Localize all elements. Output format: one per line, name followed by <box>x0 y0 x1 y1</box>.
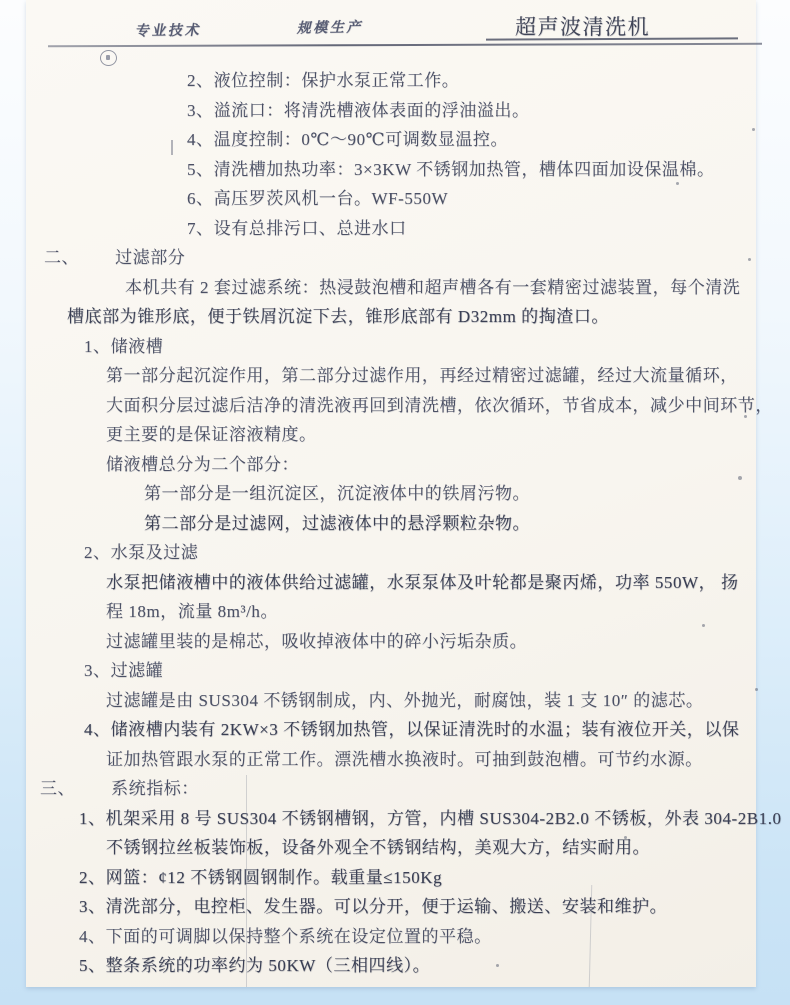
list-item: 不锈钢拉丝板装饰板，设备外观全不锈钢结构，美观大方，结实耐用。 <box>26 833 756 863</box>
page-title: 超声波清洗机 <box>515 11 650 41</box>
circle-stamp-icon <box>100 50 117 66</box>
paragraph-line: 第一部分是一组沉淀区，沉淀液体中的铁屑污物。 <box>26 479 756 509</box>
section-number: 三、 <box>40 779 75 798</box>
paragraph-line: 第一部分起沉淀作用，第二部分过滤作用，再经过精密过滤罐，经过大流量循环， <box>26 361 756 391</box>
list-item: 6、高压罗茨风机一台。WF-550W <box>26 184 756 214</box>
ink-speck <box>676 182 679 185</box>
header-rule <box>48 43 762 47</box>
ink-speck <box>624 836 627 839</box>
list-item: 3、溢流口：将清洗槽液体表面的浮油溢出。 <box>26 96 756 126</box>
header-tagline-center: 规模生产 <box>296 16 367 37</box>
document-paper: 专业技术 规模生产 超声波清洗机 2、液位控制：保护水泵正常工作。 3、溢流口：… <box>26 0 756 987</box>
ink-speck <box>748 258 751 261</box>
ink-speck <box>702 624 705 627</box>
list-item: 1、机架采用 8 号 SUS304 不锈钢槽钢，方管，内槽 SUS304-2B2… <box>26 804 756 834</box>
subsection-title: 1、储液槽 <box>26 332 756 362</box>
list-item: 5、清洗槽加热功率：3×3KW 不锈钢加热管，槽体四面加设保温棉。 <box>26 155 756 185</box>
paragraph-line: 第二部分是过滤网，过滤液体中的悬浮颗粒杂物。 <box>26 509 756 539</box>
paragraph-line: 水泵把储液槽中的液体供给过滤罐，水泵泵体及叶轮都是聚丙烯，功率 550W， 扬 <box>26 568 756 598</box>
fold-line <box>246 775 247 987</box>
paragraph-line: 过滤罐里装的是棉芯，吸收掉液体中的碎小污垢杂质。 <box>26 627 756 657</box>
paragraph-line: 槽底部为锥形底，便于铁屑沉淀下去，锥形底部有 D32mm 的掏渣口。 <box>26 302 756 332</box>
list-item: 4、温度控制：0℃～90℃可调数显温控。 <box>26 125 756 155</box>
paragraph-line: 储液槽总分为二个部分： <box>26 450 756 480</box>
ink-tick <box>171 140 173 155</box>
paragraph-line: 证加热管跟水泵的正常工作。漂洗槽水换液时。可抽到鼓泡槽。可节约水源。 <box>26 745 756 775</box>
scan-background: 专业技术 规模生产 超声波清洗机 2、液位控制：保护水泵正常工作。 3、溢流口：… <box>0 0 790 1005</box>
paragraph-line: 大面积分层过滤后洁净的清洗液再回到清洗槽，依次循环，节省成本，减少中间环节， <box>26 391 756 421</box>
document-body: 2、液位控制：保护水泵正常工作。 3、溢流口：将清洗槽液体表面的浮油溢出。 4、… <box>26 66 756 981</box>
ink-speck <box>744 415 747 418</box>
subsection-title: 3、过滤罐 <box>26 656 756 686</box>
subsection-title: 2、水泵及过滤 <box>26 538 756 568</box>
header-tagline-left: 专业技术 <box>134 20 203 41</box>
ink-speck <box>755 688 758 691</box>
section-title: 过滤部分 <box>115 248 185 267</box>
paragraph-line: 更主要的是保证溶液精度。 <box>26 420 756 450</box>
section-number: 二、 <box>44 248 79 267</box>
section-heading-filter: 二、过滤部分 <box>26 243 756 273</box>
ink-speck <box>496 964 499 967</box>
list-item: 5、整条系统的功率约为 50KW（三相四线）。 <box>26 951 756 981</box>
paragraph-line: 本机共有 2 套过滤系统：热浸鼓泡槽和超声槽各有一套精密过滤装置，每个清洗 <box>26 273 756 303</box>
list-item: 2、液位控制：保护水泵正常工作。 <box>26 66 756 96</box>
section-title: 系统指标： <box>111 779 199 798</box>
list-item: 2、网篮：¢12 不锈钢圆钢制作。载重量≤150Kg <box>26 863 756 893</box>
list-item: 4、下面的可调脚以保持整个系统在设定位置的平稳。 <box>26 922 756 952</box>
stamp-inner-mark <box>106 55 110 60</box>
ink-speck <box>738 476 742 480</box>
paragraph-line: 4、储液槽内装有 2KW×3 不锈钢加热管，以保证清洗时的水温；装有液位开关，以… <box>26 715 756 745</box>
list-item: 7、设有总排污口、总进水口 <box>26 214 756 244</box>
paragraph-line: 过滤罐是由 SUS304 不锈钢制成，内、外抛光，耐腐蚀，装 1 支 10″ 的… <box>26 686 756 716</box>
list-item: 3、清洗部分，电控柜、发生器。可以分开，便于运输、搬送、安装和维护。 <box>26 892 756 922</box>
paragraph-line: 程 18m，流量 8m³/h。 <box>26 597 756 627</box>
ink-speck <box>752 128 755 131</box>
section-heading-system: 三、系统指标： <box>26 774 756 804</box>
